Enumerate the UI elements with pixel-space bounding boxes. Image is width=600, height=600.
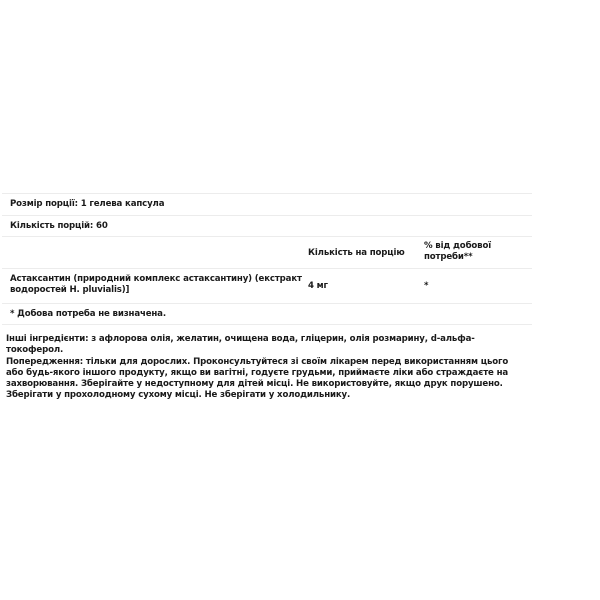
ingredient-daily-value: *: [424, 281, 524, 292]
warning-text: Попередження: тільки для дорослих. Проко…: [6, 357, 526, 401]
servings-per-container: Кількість порцій: 60: [10, 221, 305, 232]
amount-column-header: Кількість на порцію: [308, 248, 405, 258]
other-ingredients: Інші інгредієнти: з афлорова олія, желат…: [6, 334, 526, 356]
ingredient-name: Астаксантин (природний комплекс астаксан…: [10, 274, 305, 296]
table-row: Астаксантин (природний комплекс астаксан…: [2, 268, 532, 303]
daily-value-footnote: * Добова потреба не визначена.: [10, 309, 305, 320]
supplement-facts-table: Розмір порції: 1 гелева капсула Кількіст…: [2, 193, 532, 325]
ingredient-amount: 4 мг: [308, 281, 328, 291]
daily-value-column-header: % від добової потреби**: [424, 241, 524, 263]
servings-per-container-row: Кількість порцій: 60: [2, 215, 532, 236]
serving-size: Розмір порції: 1 гелева капсула: [10, 199, 305, 210]
table-header-row: Кількість на порцію % від добової потреб…: [2, 236, 532, 268]
serving-size-row: Розмір порції: 1 гелева капсула: [2, 193, 532, 215]
footnote-row: * Добова потреба не визначена.: [2, 303, 532, 325]
